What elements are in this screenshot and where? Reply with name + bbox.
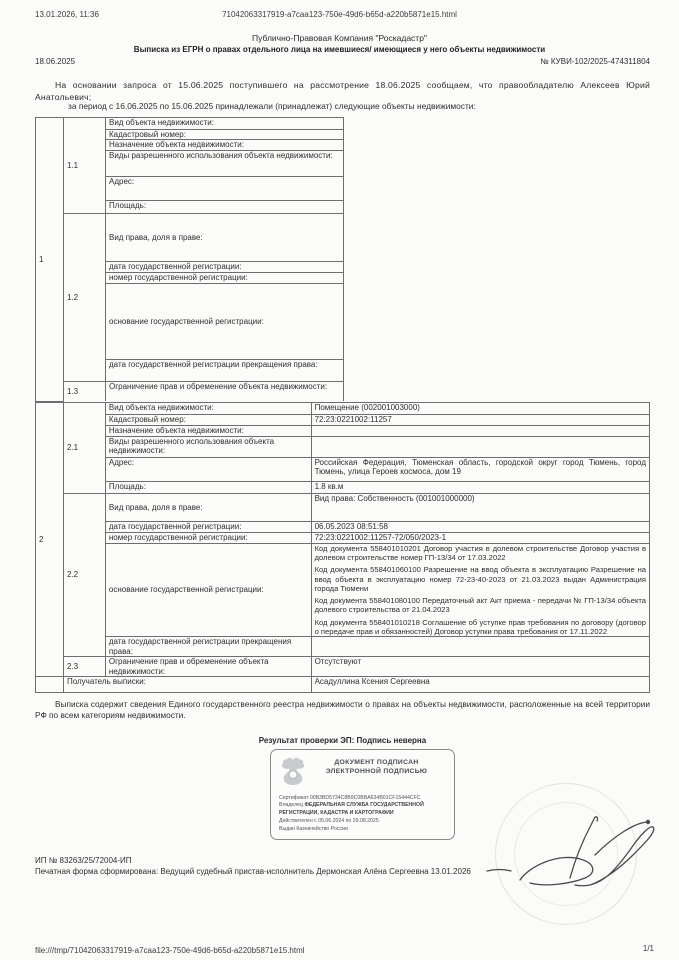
label-restrictions: Ограничение прав и обременение объекта н… — [105, 657, 311, 677]
label-right-type: Вид права, доля в праве: — [106, 213, 344, 261]
label-cadastral-number: Кадастровый номер: — [106, 130, 344, 140]
value-permitted-use — [311, 436, 649, 457]
object2-table: 2 2.1 Вид объекта недвижимости: Помещени… — [35, 402, 650, 693]
egrn-extract-print-preview: { "print_chrome": { "datetime": "13.01.2… — [0, 0, 679, 960]
label-reg-number: номер государственной регистрации: — [106, 272, 344, 283]
value-object-kind: Помещение (002001003000) — [311, 402, 649, 414]
recipient-row-number-cell — [36, 677, 64, 693]
subsection-1-1: 1.1 — [64, 118, 106, 214]
label-reg-basis: основание государственной регистрации: — [106, 283, 344, 359]
handwritten-signature — [475, 795, 660, 910]
label-reg-basis: основание государственной регистрации: — [105, 543, 311, 636]
label-recipient: Получатель выписки: — [63, 677, 311, 693]
electronic-signature-stamp: ДОКУМЕНТ ПОДПИСАН ЭЛЕКТРОННОЙ ПОДПИСЬЮ С… — [270, 749, 455, 840]
label-permitted-use: Виды разрешенного использования объекта … — [106, 150, 344, 176]
value-restrictions: Отсутствуют — [311, 657, 649, 677]
label-area: Площадь: — [105, 481, 311, 493]
label-termination-date: дата государственной регистрации прекращ… — [105, 637, 311, 657]
stamp-details: Сертификат 00B3BD5734C8B9C0BBA634B01CF15… — [279, 795, 446, 834]
document-date: 18.06.2025 — [35, 57, 75, 66]
document-body: 1 1.1 Вид объекта недвижимости: Кадастро… — [35, 117, 650, 876]
row-number-2: 2 — [36, 402, 64, 676]
label-termination-date: дата государственной регистрации прекращ… — [106, 359, 344, 381]
label-reg-number: номер государственной регистрации: — [105, 532, 311, 543]
print-filename: 71042063317919-a7caa123-750e-49d6-b65d-a… — [0, 10, 679, 19]
label-area: Площадь: — [106, 200, 344, 213]
reg-basis-document-2: Код документа 558401060100 Разрешение на… — [315, 565, 646, 593]
stamp-title-line1: ДОКУМЕНТ ПОДПИСАН — [307, 759, 446, 768]
reg-basis-document-4: Код документа 558401010218 Соглашение об… — [315, 618, 646, 637]
value-reg-date: 06.05.2023 08:51:58 — [311, 521, 649, 532]
label-purpose: Назначение объекта недвижимости: — [106, 140, 344, 150]
label-reg-date: дата государственной регистрации: — [106, 261, 344, 272]
label-reg-date: дата государственной регистрации: — [105, 521, 311, 532]
page-indicator: 1/1 — [643, 944, 654, 953]
stamp-header: ДОКУМЕНТ ПОДПИСАН ЭЛЕКТРОННОЙ ПОДПИСЬЮ — [279, 756, 446, 791]
value-reg-number: 72:23:0221002:11257-72/050/2023-1 — [311, 532, 649, 543]
subsection-2-2: 2.2 — [63, 493, 105, 656]
summary-paragraph: Выписка содержит сведения Единого госуда… — [35, 699, 650, 721]
organization-name: Публично-Правовая Компания "Роскадастр" — [0, 33, 679, 43]
stamp-owner-label: Владелец — [279, 802, 303, 808]
document-title: Выписка из ЕГРН о правах отдельного лица… — [0, 45, 679, 54]
label-purpose: Назначение объекта недвижимости: — [105, 425, 311, 436]
value-recipient: Асадуллина Ксения Сергеевна — [311, 677, 649, 693]
reg-basis-document-3: Код документа 558401080100 Передаточный … — [315, 596, 646, 615]
value-cadastral-number: 72:23:0221002:11257 — [311, 414, 649, 425]
stamp-validity: Действителен с 05.06.2024 по 29.08.2025 — [279, 818, 446, 826]
value-address: Российская Федерация, Тюменская область,… — [311, 457, 649, 481]
reg-basis-document-1: Код документа 558401010201 Договор участ… — [315, 544, 646, 563]
label-address: Адрес: — [105, 457, 311, 481]
document-number: № КУВИ-102/2025-474311804 — [540, 57, 650, 66]
stamp-title-line2: ЭЛЕКТРОННОЙ ПОДПИСЬЮ — [307, 768, 446, 777]
label-right-type: Вид права, доля в праве: — [105, 493, 311, 521]
row-number-1: 1 — [36, 118, 64, 402]
subsection-1-3: 1.3 — [64, 381, 106, 401]
intro-period-line: за период с 16.06.2025 по 15.06.2025 при… — [35, 101, 650, 111]
value-purpose — [311, 425, 649, 436]
stamp-title: ДОКУМЕНТ ПОДПИСАН ЭЛЕКТРОННОЙ ПОДПИСЬЮ — [307, 756, 446, 777]
label-object-kind: Вид объекта недвижимости: — [105, 402, 311, 414]
label-address: Адрес: — [106, 176, 344, 200]
label-permitted-use: Виды разрешенного использования объекта … — [105, 436, 311, 457]
subsection-1-2: 1.2 — [64, 213, 106, 381]
value-termination-date — [311, 637, 649, 657]
signature-verification-result: Результат проверки ЭП: Подпись неверна — [35, 736, 650, 745]
intro-paragraph: На основании запроса от 15.06.2025 посту… — [35, 80, 650, 103]
generated-by-line: Печатная форма сформирована: Ведущий суд… — [35, 867, 535, 876]
label-cadastral-number: Кадастровый номер: — [105, 414, 311, 425]
subsection-2-1: 2.1 — [63, 402, 105, 493]
stamp-issuer: Выдан Казначейство России — [279, 826, 446, 834]
value-area: 1.8 кв.м — [311, 481, 649, 493]
value-right-type: Вид права: Собственность (001001000000) — [311, 493, 649, 521]
coat-of-arms-icon — [279, 756, 307, 791]
print-file-url: file:///tmp/71042063317919-a7caa123-750e… — [35, 946, 305, 955]
value-reg-basis: Код документа 558401010201 Договор участ… — [311, 543, 649, 636]
stamp-owner: Владелец ФЕДЕРАЛЬНАЯ СЛУЖБА ГОСУДАРСТВЕН… — [279, 802, 446, 818]
object1-table: 1 1.1 Вид объекта недвижимости: Кадастро… — [35, 117, 344, 402]
subsection-2-3: 2.3 — [63, 657, 105, 677]
label-object-kind: Вид объекта недвижимости: — [106, 118, 344, 130]
label-restrictions: Ограничение прав и обременение объекта н… — [106, 381, 344, 401]
